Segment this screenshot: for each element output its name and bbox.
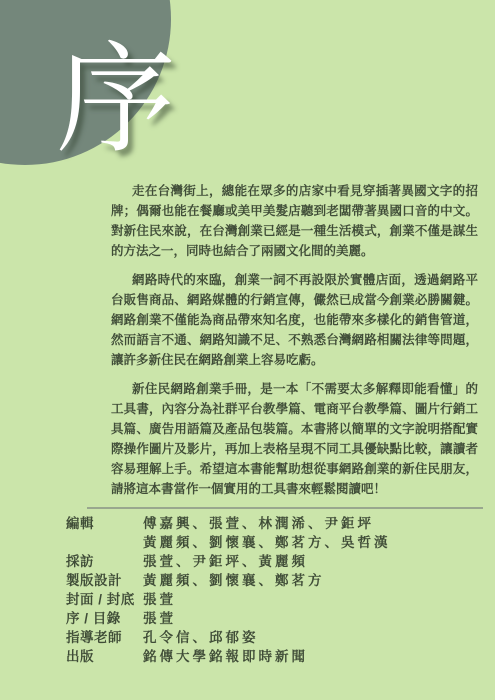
credit-label: 編輯 — [66, 514, 143, 533]
credit-value: 張萱 — [143, 590, 176, 609]
credit-row-preface-toc: 序 / 目錄 張萱 — [66, 609, 486, 628]
preface-paragraph-2: 網路時代的來臨，創業一詞不再設限於實體店面，透過網路平台販售商品、網路媒體的行銷… — [111, 270, 478, 370]
credit-value: 黃麗頻、劉懷襄、鄭茗方、吳哲漢 — [143, 533, 391, 552]
divider-line — [87, 507, 483, 509]
credit-value: 銘傳大學銘報即時新聞 — [143, 647, 308, 666]
credits-section: 編輯 傅嘉興、張萱、林潤浠、尹鉅坪 黃麗頻、劉懷襄、鄭茗方、吳哲漢 採訪 張萱、… — [66, 514, 486, 666]
credit-row-editors-cont: 黃麗頻、劉懷襄、鄭茗方、吳哲漢 — [66, 533, 486, 552]
credit-value: 傅嘉興、張萱、林潤浠、尹鉅坪 — [143, 514, 374, 533]
credit-value: 張萱、尹鉅坪、黃麗頻 — [143, 552, 308, 571]
credit-row-layout-design: 製版設計 黃麗頻、劉懷襄、鄭茗方 — [66, 571, 486, 590]
credit-label: 出版 — [66, 647, 143, 666]
credit-label: 製版設計 — [66, 571, 143, 590]
preface-page: 序 走在台灣街上，總能在眾多的店家中看見穿插著異國文字的招牌；偶爾也能在餐廳或美… — [0, 0, 495, 700]
credit-value: 黃麗頻、劉懷襄、鄭茗方 — [143, 571, 325, 590]
page-title: 序 — [56, 40, 176, 160]
credit-value: 孔令信、邱郁姿 — [143, 628, 259, 647]
credit-row-advisors: 指導老師 孔令信、邱郁姿 — [66, 628, 486, 647]
credit-row-interview: 採訪 張萱、尹鉅坪、黃麗頻 — [66, 552, 486, 571]
credit-label: 序 / 目錄 — [66, 609, 143, 628]
credit-value: 張萱 — [143, 609, 176, 628]
preface-paragraph-3: 新住民網路創業手冊，是一本「不需要太多解釋即能看懂」的工具書，內容分為社群平台教… — [111, 379, 478, 499]
credit-row-editors: 編輯 傅嘉興、張萱、林潤浠、尹鉅坪 — [66, 514, 486, 533]
credit-label: 採訪 — [66, 552, 143, 571]
credit-row-cover: 封面 / 封底 張萱 — [66, 590, 486, 609]
credit-label: 指導老師 — [66, 628, 143, 647]
preface-paragraph-1: 走在台灣街上，總能在眾多的店家中看見穿插著異國文字的招牌；偶爾也能在餐廳或美甲美… — [111, 181, 478, 261]
credit-row-publisher: 出版 銘傳大學銘報即時新聞 — [66, 647, 486, 666]
credit-label: 封面 / 封底 — [66, 590, 143, 609]
preface-body: 走在台灣街上，總能在眾多的店家中看見穿插著異國文字的招牌；偶爾也能在餐廳或美甲美… — [111, 181, 478, 508]
